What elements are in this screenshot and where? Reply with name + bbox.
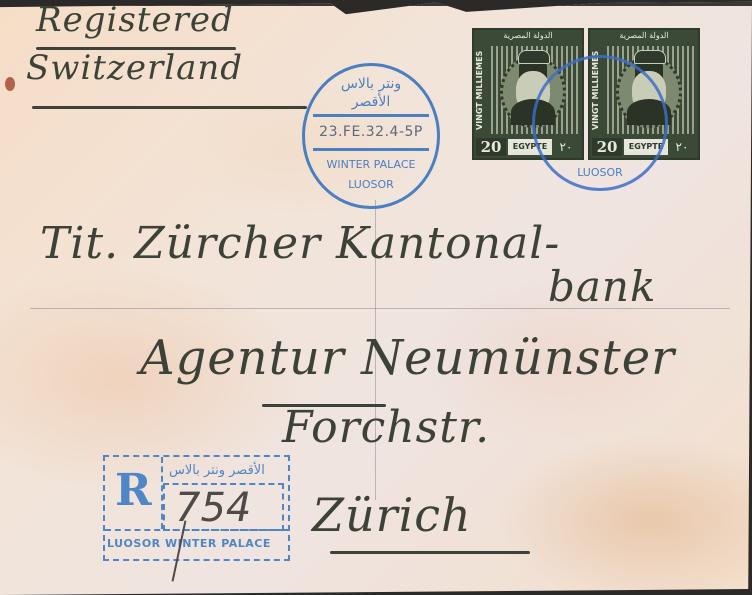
postmark-bar-top (313, 114, 429, 117)
address-line-3: Agentur Neumünster (140, 330, 675, 386)
crown-icon (634, 50, 666, 64)
registration-number: 754 (175, 485, 251, 531)
postmark-city: LUOSOR (305, 178, 437, 191)
address-line-2: bank (548, 262, 656, 311)
stamp-arabic-header: الدولة المصرية (478, 31, 578, 40)
postmark-arabic-bottom: الأقصر (305, 94, 437, 110)
stain (5, 77, 15, 91)
address-line-1: Tit. Zürcher Kantonal- (40, 218, 560, 269)
country-underline (32, 106, 307, 109)
registration-letter: R (115, 465, 152, 516)
stamp-arabic-value: ٢٠ (668, 138, 696, 156)
registration-arabic: الأقصر ونتر بالاس (169, 463, 265, 478)
postmark-office: WINTER PALACE (305, 158, 437, 171)
postmark-arabic-top: ونتر بالاس (305, 76, 437, 92)
stamp-denomination-text: VINGT MILLIEMES (475, 48, 488, 132)
stamp-arabic-header: الدولة المصرية (594, 31, 694, 40)
crown-icon (518, 50, 550, 64)
service-line: Registered (36, 0, 234, 40)
stamp-cancellation-postmark: LUOSOR (532, 55, 668, 191)
postmark: ونتر بالاس الأقصر 23.FE.32.4-5P WINTER P… (302, 63, 440, 209)
envelope: Registered Switzerland ونتر بالاس الأقصر… (0, 0, 752, 595)
stamp-value: 20 (476, 138, 506, 156)
address-underline-2 (330, 551, 530, 554)
envelope-top-edge (0, 0, 752, 6)
address-line-4: Forchstr. (282, 402, 490, 453)
cancellation-city: LUOSOR (535, 166, 665, 179)
address-line-5: Zürich (312, 488, 472, 542)
postmark-date: 23.FE.32.4-5P (305, 124, 437, 140)
registration-office: LUOSOR WINTER PALACE (105, 529, 288, 550)
postmark-bar-bottom (313, 148, 429, 151)
destination-country: Switzerland (26, 48, 243, 88)
